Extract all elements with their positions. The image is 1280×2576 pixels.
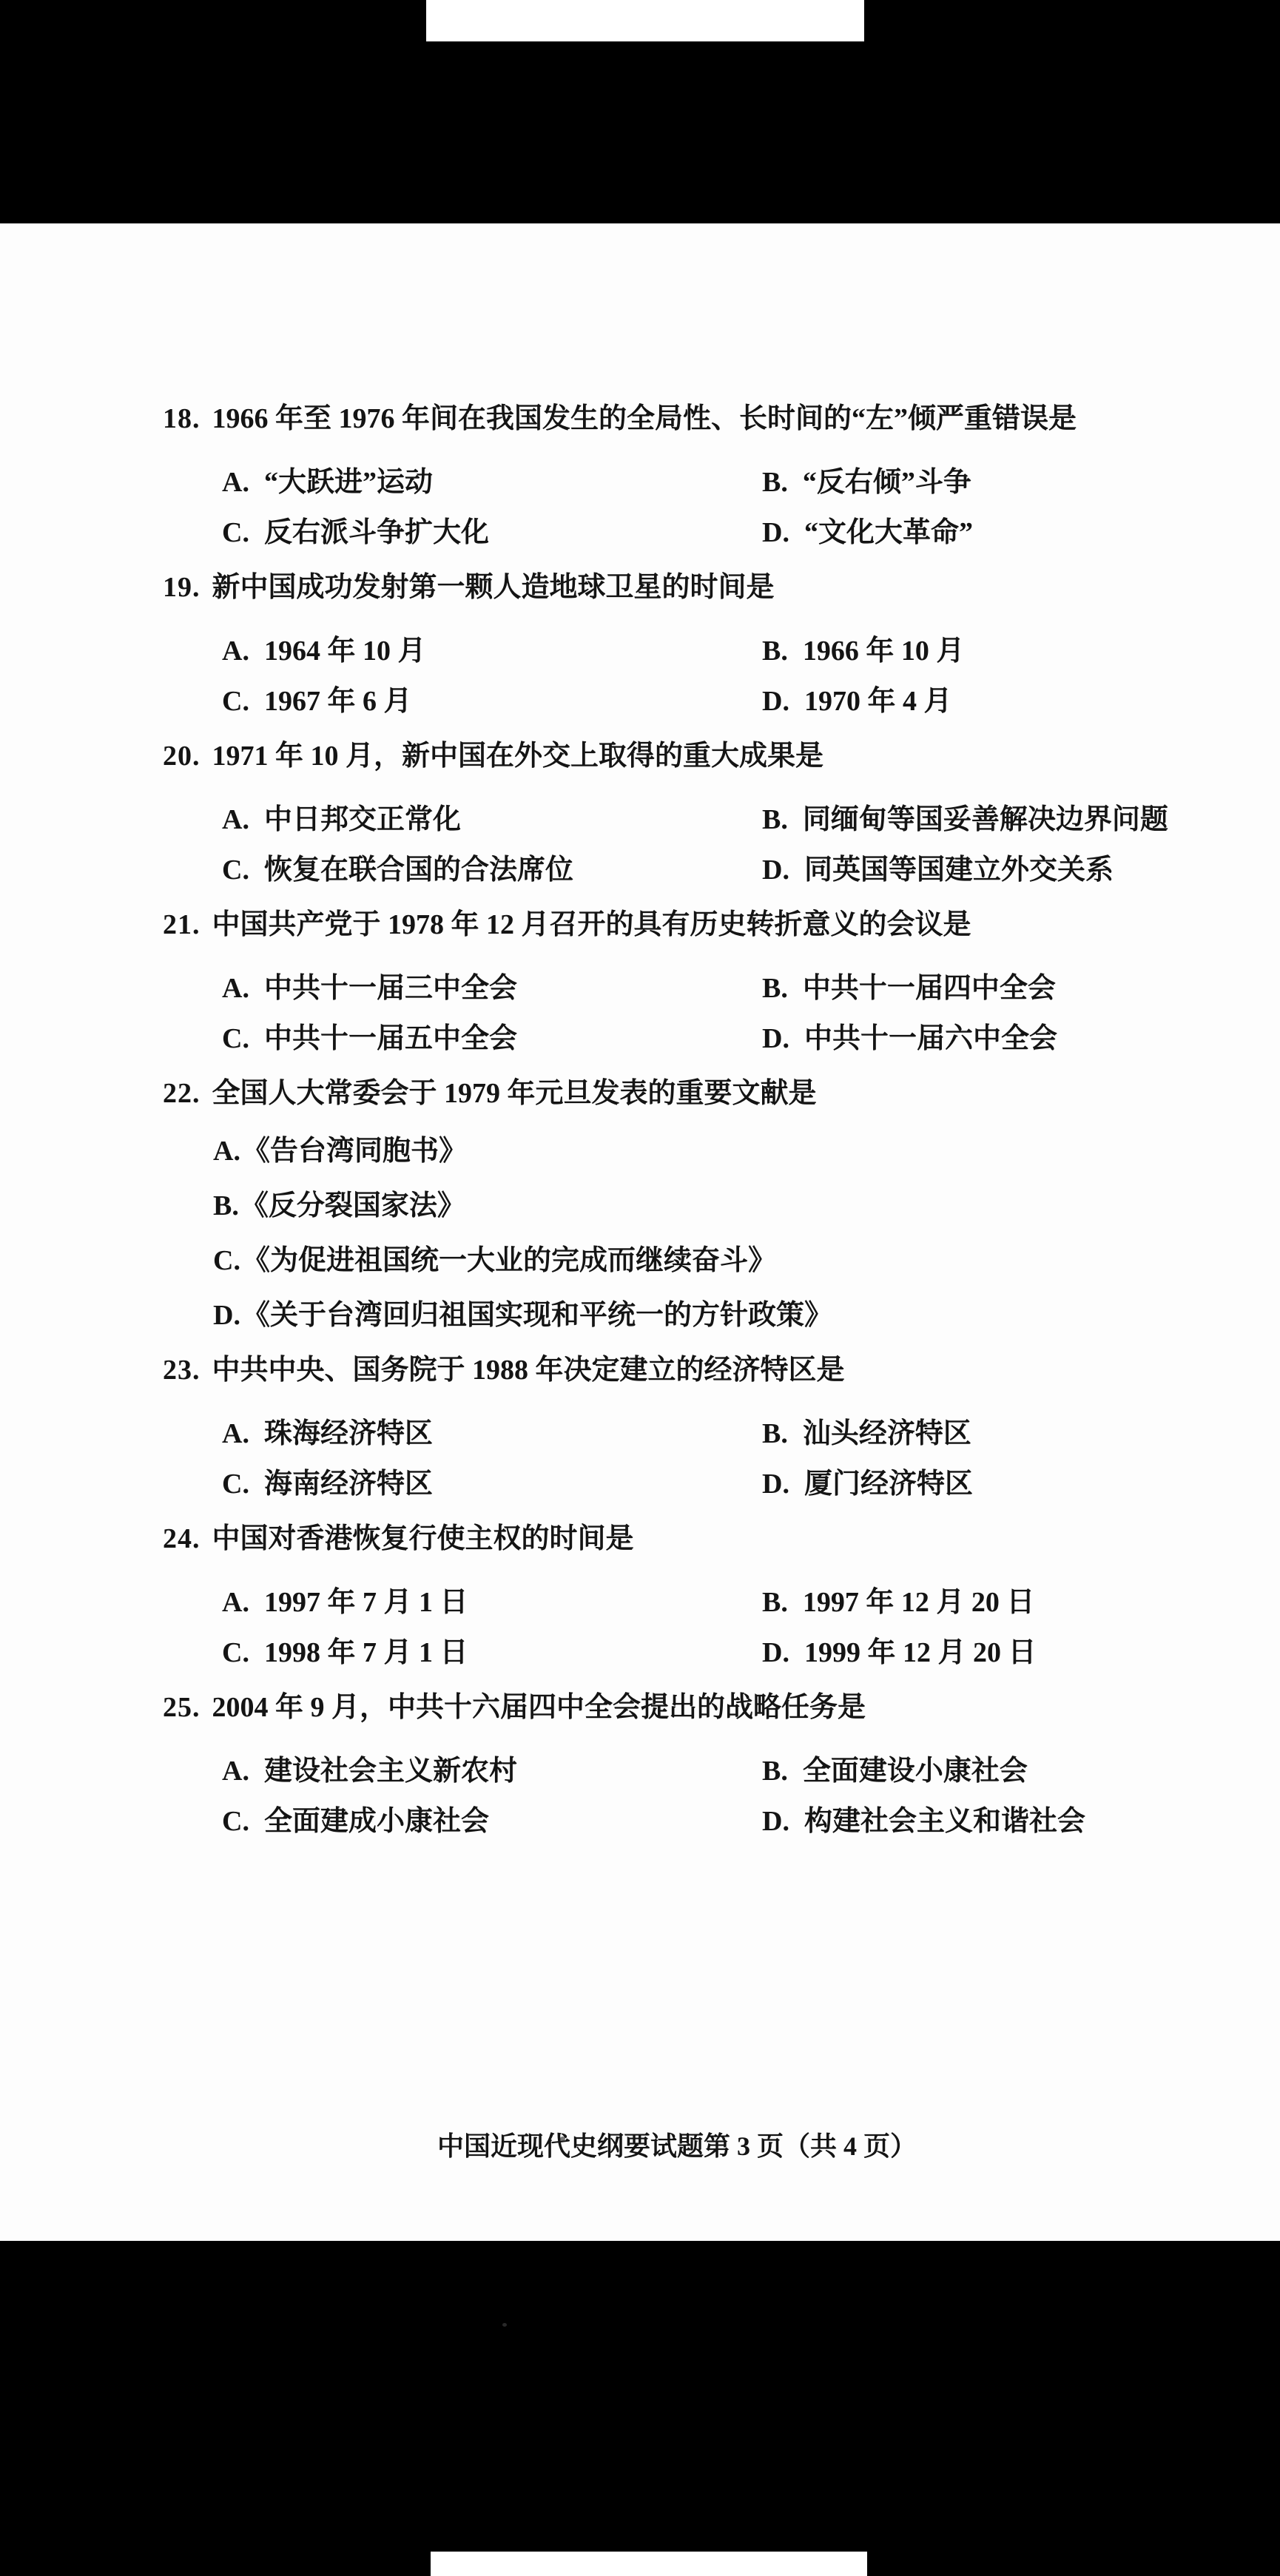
question-21-option-a: A.中共十一届三中全会 (222, 971, 762, 1006)
page-footer: 中国近现代史纲要试题第 3 页（共 4 页） (37, 2129, 1280, 2163)
question-20-stem: 20.1971 年 10 月，新中国在外交上取得的重大成果是 (0, 738, 1280, 774)
question-25: 25.2004 年 9 月，中共十六届四中全会提出的战略任务是 A.建设社会主义… (0, 1690, 1280, 1839)
question-25-option-d: D.构建社会主义和谐社会 (762, 1804, 1280, 1839)
scanned-exam-screenshot: 18.1966 年至 1976 年间在我国发生的全局性、长时间的“左”倾严重错误… (0, 0, 1280, 2576)
question-24-stem: 24.中国对香港恢复行使主权的时间是 (0, 1521, 1280, 1557)
question-20-options: A.中日邦交正常化 B.同缅甸等国妥善解决边界问题 C.恢复在联合国的合法席位 … (0, 802, 1280, 888)
question-18-option-c: C.反右派斗争扩大化 (222, 515, 762, 550)
question-18-text: 1966 年至 1976 年间在我国发生的全局性、长时间的“左”倾严重错误是 (212, 403, 1077, 434)
question-18: 18.1966 年至 1976 年间在我国发生的全局性、长时间的“左”倾严重错误… (0, 401, 1280, 550)
question-22-text: 全国人大常委会于 1979 年元旦发表的重要文献是 (212, 1078, 817, 1109)
question-18-number: 18. (163, 401, 201, 436)
question-21: 21.中国共产党于 1978 年 12 月召开的具有历史转折意义的会议是 A.中… (0, 907, 1280, 1056)
question-19: 19.新中国成功发射第一颗人造地球卫星的时间是 A.1964 年 10 月 B.… (0, 570, 1280, 719)
question-20: 20.1971 年 10 月，新中国在外交上取得的重大成果是 A.中日邦交正常化… (0, 738, 1280, 888)
question-22-option-c: C.《为促进祖国统一大业的完成而继续奋斗》 (213, 1243, 1280, 1278)
question-21-stem: 21.中国共产党于 1978 年 12 月召开的具有历史转折意义的会议是 (0, 907, 1280, 943)
question-24-option-d: D.1999 年 12 月 20 日 (762, 1635, 1280, 1670)
question-23-stem: 23.中共中央、国务院于 1988 年决定建立的经济特区是 (0, 1352, 1280, 1388)
question-25-options: A.建设社会主义新农村 B.全面建设小康社会 C.全面建成小康社会 D.构建社会… (0, 1753, 1280, 1839)
question-23-text: 中共中央、国务院于 1988 年决定建立的经济特区是 (212, 1355, 845, 1386)
question-23-options: A.珠海经济特区 B.汕头经济特区 C.海南经济特区 D.厦门经济特区 (0, 1416, 1280, 1502)
question-21-option-b: B.中共十一届四中全会 (762, 971, 1280, 1006)
question-22-option-b: B.《反分裂国家法》 (213, 1188, 1280, 1224)
question-24: 24.中国对香港恢复行使主权的时间是 A.1997 年 7 月 1 日 B.19… (0, 1521, 1280, 1670)
question-23-option-c: C.海南经济特区 (222, 1466, 762, 1502)
question-18-options: A.“大跃进”运动 B.“反右倾”斗争 C.反右派斗争扩大化 D.“文化大革命” (0, 465, 1280, 550)
question-19-text: 新中国成功发射第一颗人造地球卫星的时间是 (212, 572, 775, 603)
question-18-option-a: A.“大跃进”运动 (222, 465, 762, 500)
exam-page: 18.1966 年至 1976 年间在我国发生的全局性、长时间的“左”倾严重错误… (0, 223, 1280, 2241)
question-18-stem: 18.1966 年至 1976 年间在我国发生的全局性、长时间的“左”倾严重错误… (0, 401, 1280, 436)
scan-speck (560, 2137, 565, 2141)
question-19-options: A.1964 年 10 月 B.1966 年 10 月 C.1967 年 6 月… (0, 633, 1280, 719)
question-20-number: 20. (163, 738, 201, 774)
question-21-options: A.中共十一届三中全会 B.中共十一届四中全会 C.中共十一届五中全会 D.中共… (0, 971, 1280, 1056)
question-18-option-d: D.“文化大革命” (762, 515, 1280, 550)
question-22: 22.全国人大常委会于 1979 年元旦发表的重要文献是 A.《告台湾同胞书》 … (0, 1076, 1280, 1333)
question-19-option-b: B.1966 年 10 月 (762, 633, 1280, 669)
question-19-stem: 19.新中国成功发射第一颗人造地球卫星的时间是 (0, 570, 1280, 605)
question-22-number: 22. (163, 1076, 201, 1111)
question-25-number: 25. (163, 1690, 201, 1725)
question-20-option-a: A.中日邦交正常化 (222, 802, 762, 837)
question-24-text: 中国对香港恢复行使主权的时间是 (212, 1523, 634, 1554)
question-22-option-a: A.《告台湾同胞书》 (213, 1133, 1280, 1169)
question-23-number: 23. (163, 1352, 201, 1388)
question-23-option-d: D.厦门经济特区 (762, 1466, 1280, 1502)
question-20-option-d: D.同英国等国建立外交关系 (762, 852, 1280, 888)
question-25-text: 2004 年 9 月，中共十六届四中全会提出的战略任务是 (212, 1692, 866, 1723)
question-19-number: 19. (163, 570, 201, 605)
question-22-stem: 22.全国人大常委会于 1979 年元旦发表的重要文献是 (0, 1076, 1280, 1111)
question-19-option-c: C.1967 年 6 月 (222, 684, 762, 719)
question-25-option-a: A.建设社会主义新农村 (222, 1753, 762, 1789)
question-24-option-a: A.1997 年 7 月 1 日 (222, 1585, 762, 1620)
question-20-option-b: B.同缅甸等国妥善解决边界问题 (762, 802, 1280, 837)
question-21-option-d: D.中共十一届六中全会 (762, 1021, 1280, 1056)
question-23-option-a: A.珠海经济特区 (222, 1416, 762, 1451)
question-23: 23.中共中央、国务院于 1988 年决定建立的经济特区是 A.珠海经济特区 B… (0, 1352, 1280, 1502)
question-22-options: A.《告台湾同胞书》 B.《反分裂国家法》 C.《为促进祖国统一大业的完成而继续… (0, 1133, 1280, 1333)
question-18-option-b: B.“反右倾”斗争 (762, 465, 1280, 500)
exam-content: 18.1966 年至 1976 年间在我国发生的全局性、长时间的“左”倾严重错误… (0, 223, 1280, 2163)
question-24-option-c: C.1998 年 7 月 1 日 (222, 1635, 762, 1670)
question-21-text: 中国共产党于 1978 年 12 月召开的具有历史转折意义的会议是 (212, 909, 971, 940)
question-19-option-a: A.1964 年 10 月 (222, 633, 762, 669)
question-20-option-c: C.恢复在联合国的合法席位 (222, 852, 762, 888)
scan-speck (502, 2323, 507, 2327)
question-23-option-b: B.汕头经济特区 (762, 1416, 1280, 1451)
question-25-option-b: B.全面建设小康社会 (762, 1753, 1280, 1789)
question-25-option-c: C.全面建成小康社会 (222, 1804, 762, 1839)
question-21-option-c: C.中共十一届五中全会 (222, 1021, 762, 1056)
question-24-option-b: B.1997 年 12 月 20 日 (762, 1585, 1280, 1620)
question-24-number: 24. (163, 1521, 201, 1557)
scan-top-notch (426, 0, 864, 41)
question-25-stem: 25.2004 年 9 月，中共十六届四中全会提出的战略任务是 (0, 1690, 1280, 1725)
question-20-text: 1971 年 10 月，新中国在外交上取得的重大成果是 (212, 741, 824, 772)
scan-bottom-notch (431, 2552, 867, 2576)
question-22-option-d: D.《关于台湾回归祖国实现和平统一的方针政策》 (213, 1298, 1280, 1333)
question-21-number: 21. (163, 907, 201, 943)
question-19-option-d: D.1970 年 4 月 (762, 684, 1280, 719)
question-24-options: A.1997 年 7 月 1 日 B.1997 年 12 月 20 日 C.19… (0, 1585, 1280, 1670)
